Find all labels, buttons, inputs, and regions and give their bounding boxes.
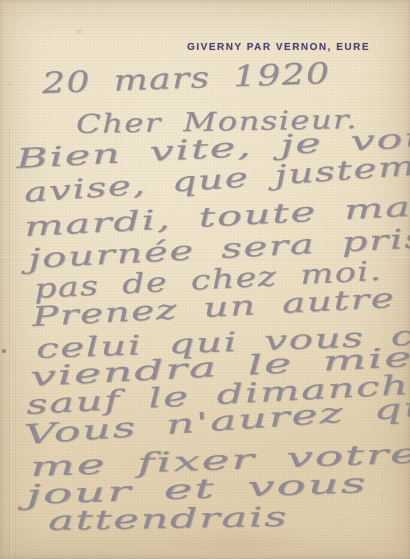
paper-speck (2, 349, 6, 353)
paper-stain (74, 28, 84, 35)
vertical-fold-crease (9, 128, 13, 559)
paper-stain (6, 80, 14, 87)
handwriting-line: attendrais (48, 502, 288, 537)
letter-photograph: GIVERNY PAR VERNON, EURE 20 mars 1920 Ch… (0, 0, 410, 559)
letterhead-text: GIVERNY PAR VERNON, EURE (187, 42, 370, 53)
date-line: 20 mars 1920 (41, 56, 330, 100)
